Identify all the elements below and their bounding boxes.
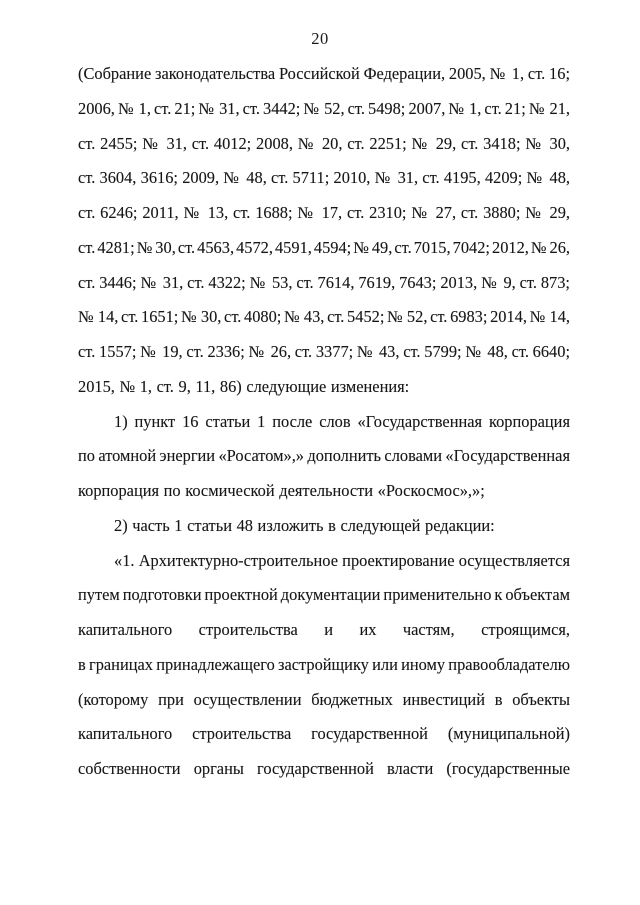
text-line: по атомной энергии «Росатом»,» дополнить… <box>78 439 570 474</box>
text-line: ст. 1557; № 19, ст. 2336; № 26, ст. 3377… <box>78 335 570 370</box>
text-line: собственности органы государственной вла… <box>78 752 570 787</box>
text-line: 2006, № 1, ст. 21; № 31, ст. 3442; № 52,… <box>78 92 570 127</box>
page-number: 20 <box>0 29 640 49</box>
text-line: (Собрание законодательства Российской Фе… <box>78 57 570 92</box>
text-line: капитального строительства и их частям, … <box>78 613 570 648</box>
text-line: № 14, ст. 1651; № 30, ст. 4080; № 43, ст… <box>78 300 570 335</box>
text-line: ст. 3446; № 31, ст. 4322; № 53, ст. 7614… <box>78 266 570 301</box>
text-line: в границах принадлежащего застройщику ил… <box>78 648 570 683</box>
body-text: (Собрание законодательства Российской Фе… <box>78 57 570 787</box>
text-line: ст. 6246; 2011, № 13, ст. 1688; № 17, ст… <box>78 196 570 231</box>
text-line: ст. 3604, 3616; 2009, № 48, ст. 5711; 20… <box>78 161 570 196</box>
text-line: ст. 4281; № 30, ст. 4563, 4572, 4591, 45… <box>78 231 570 266</box>
text-line: путем подготовки проектной документации … <box>78 578 570 613</box>
text-line: ст. 2455; № 31, ст. 4012; 2008, № 20, ст… <box>78 127 570 162</box>
text-line: 2015, № 1, ст. 9, 11, 86) следующие изме… <box>78 370 570 405</box>
document-page: 20 (Собрание законодательства Российской… <box>0 0 640 905</box>
text-line: 1) пункт 16 статьи 1 после слов «Государ… <box>78 405 570 440</box>
text-line: 2) часть 1 статьи 48 изложить в следующе… <box>78 509 570 544</box>
text-line: корпорация по космической деятельности «… <box>78 474 570 509</box>
text-line: (которому при осуществлении бюджетных ин… <box>78 683 570 718</box>
text-line: «1. Архитектурно-строительное проектиров… <box>78 544 570 579</box>
text-line: капитального строительства государственн… <box>78 717 570 752</box>
